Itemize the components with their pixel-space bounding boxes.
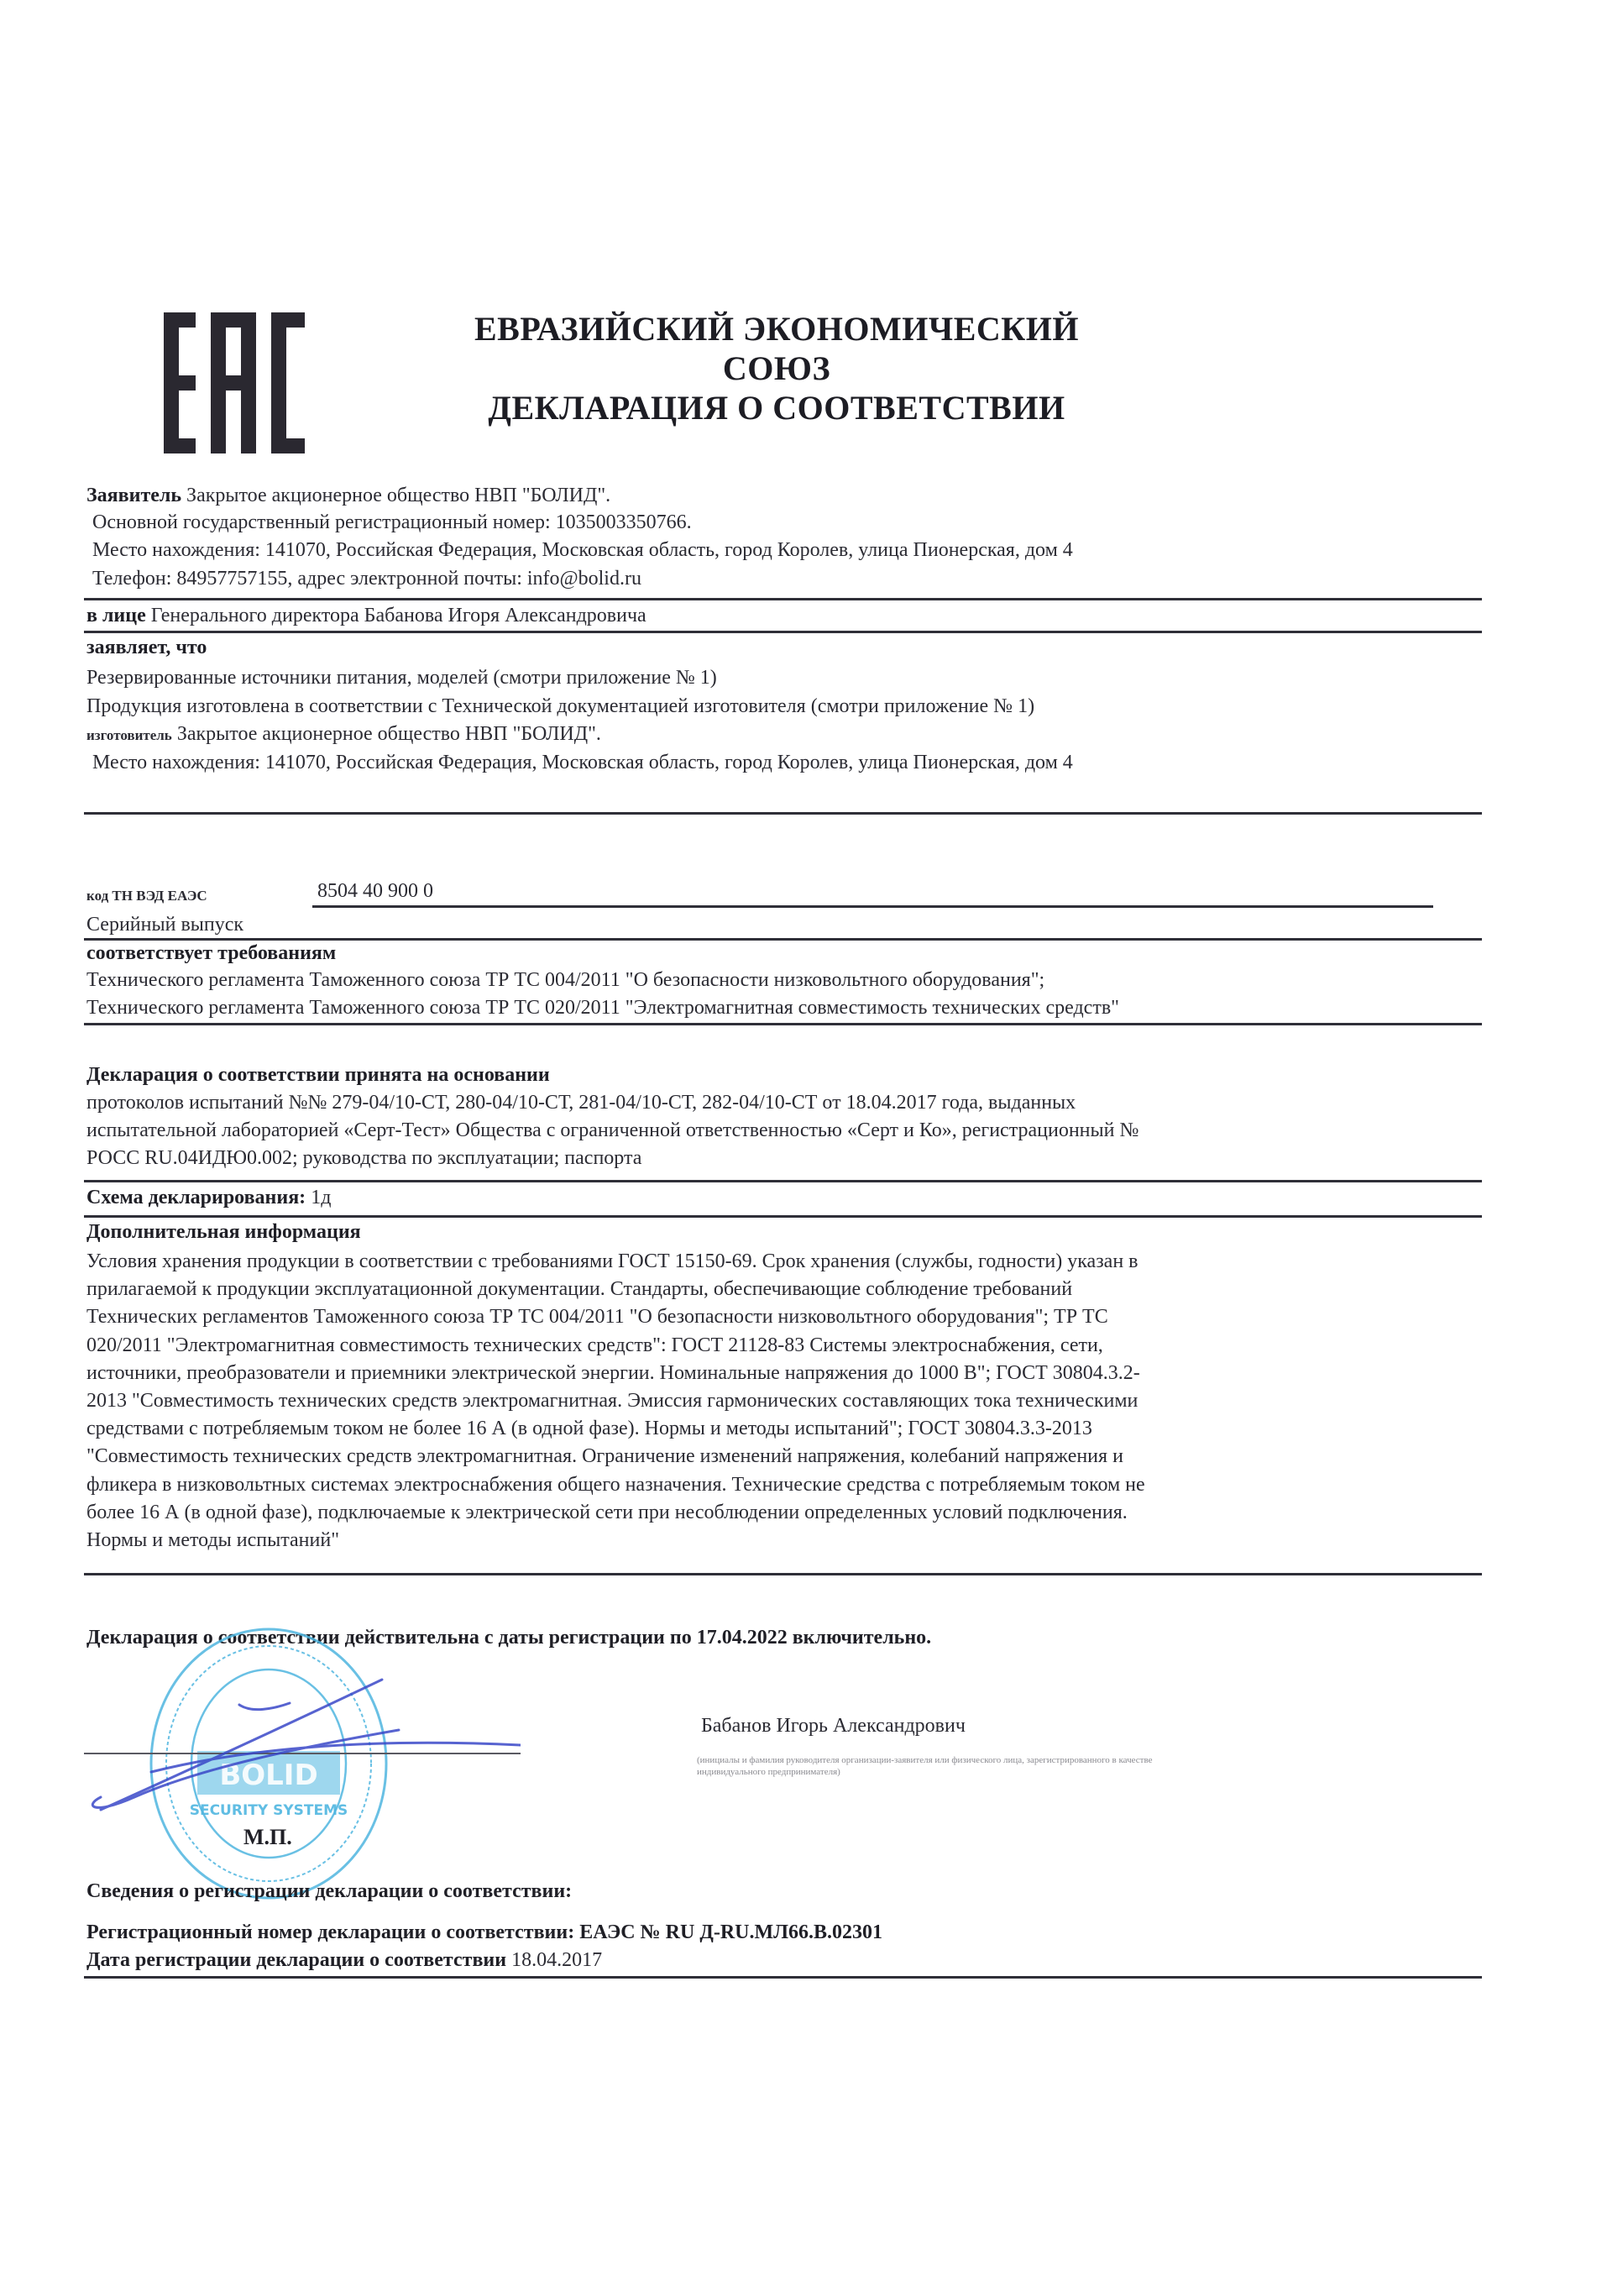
divider xyxy=(84,1976,1482,1979)
divider xyxy=(84,1023,1482,1025)
manufacturer-address: Место нахождения: 141070, Российская Фед… xyxy=(92,750,1073,775)
eac-logo-icon xyxy=(164,312,305,453)
registration-number-label: Регистрационный номер декларации о соотв… xyxy=(86,1921,574,1943)
title-line-2: СОЮЗ xyxy=(420,349,1133,388)
applicant-label: Заявитель xyxy=(86,485,181,506)
tn-ved-label: код ТН ВЭД ЕАЭС xyxy=(86,883,207,909)
basis-line: испытательной лабораторией «Серт-Тест» О… xyxy=(86,1118,1139,1143)
requirements-label: соответствует требованиям xyxy=(86,941,336,966)
manufacturer-name: Закрытое акционерное общество НВП "БОЛИД… xyxy=(177,723,601,745)
divider xyxy=(84,1573,1482,1575)
tn-ved-underline xyxy=(312,905,1433,908)
registration-number-value: ЕАЭС № RU Д-RU.МЛ66.В.02301 xyxy=(579,1921,882,1943)
requirement-item: Технического регламента Таможенного союз… xyxy=(86,995,1119,1020)
applicant-contacts: Телефон: 84957757155, адрес электронной … xyxy=(92,566,641,591)
additional-line: фликера в низковольтных системах электро… xyxy=(86,1472,1145,1497)
additional-line: средствами с потребляемым током не более… xyxy=(86,1416,1092,1441)
represented-by-line: в лице Генерального директора Бабанова И… xyxy=(86,603,646,628)
divider xyxy=(84,1215,1482,1218)
additional-line: 2013 "Совместимость технических средств … xyxy=(86,1388,1138,1413)
additional-line: источники, преобразователи и приемники э… xyxy=(86,1360,1140,1386)
scheme-line: Схема декларирования: 1д xyxy=(86,1185,331,1210)
basis-line: протоколов испытаний №№ 279-04/10-СТ, 28… xyxy=(86,1090,1076,1115)
divider xyxy=(84,598,1482,600)
registration-date-label: Дата регистрации декларации о соответств… xyxy=(86,1949,506,1971)
additional-label: Дополнительная информация xyxy=(86,1219,361,1245)
signer-caption-line: (инициалы и фамилия руководителя организ… xyxy=(697,1755,1153,1766)
manufactured-statement: Продукция изготовлена в соответствии с Т… xyxy=(86,694,1034,719)
scheme-label: Схема декларирования: xyxy=(86,1187,306,1208)
title-line-1: ЕВРАЗИЙСКИЙ ЭКОНОМИЧЕСКИЙ xyxy=(420,309,1133,349)
tn-ved-value: 8504 40 900 0 xyxy=(317,878,433,904)
additional-line: 020/2011 "Электромагнитная совместимость… xyxy=(86,1333,1103,1358)
additional-line: Условия хранения продукции в соответстви… xyxy=(86,1249,1139,1274)
declares-label: заявляет, что xyxy=(86,635,207,660)
title-line-3: ДЕКЛАРАЦИЯ О СООТВЕТСТВИИ xyxy=(420,388,1133,427)
manufacturer-line: изготовитель Закрытое акционерное общест… xyxy=(86,721,601,748)
additional-line: Нормы и методы испытаний" xyxy=(86,1528,339,1553)
basis-label: Декларация о соответствии принята на осн… xyxy=(86,1062,550,1088)
applicant-ogrn: Основной государственный регистрационный… xyxy=(92,510,692,535)
seal-mark: М.П. xyxy=(243,1825,292,1850)
signature-icon xyxy=(84,1671,521,1814)
divider xyxy=(84,812,1482,815)
product-description: Резервированные источники питания, модел… xyxy=(86,665,717,690)
signer-name: Бабанов Игорь Александрович xyxy=(701,1713,966,1738)
requirement-item: Технического регламента Таможенного союз… xyxy=(86,967,1044,993)
additional-line: Технических регламентов Таможенного союз… xyxy=(86,1304,1108,1329)
signer-caption-line: индивидуального предпринимателя) xyxy=(697,1767,840,1778)
additional-line: "Совместимость технических средств элект… xyxy=(86,1444,1123,1469)
registration-heading: Сведения о регистрации декларации о соот… xyxy=(86,1879,572,1904)
scheme-value: 1д xyxy=(311,1187,331,1208)
manufacturer-label: изготовитель xyxy=(86,727,172,743)
additional-line: более 16 А (в одной фазе), подключаемые … xyxy=(86,1500,1128,1525)
additional-line: прилагаемой к продукции эксплуатационной… xyxy=(86,1276,1072,1302)
represented-by-label: в лице xyxy=(86,605,146,626)
registration-date-line: Дата регистрации декларации о соответств… xyxy=(86,1947,602,1973)
represented-by-value: Генерального директора Бабанова Игоря Ал… xyxy=(151,605,646,626)
applicant-name: Закрытое акционерное общество НВП "БОЛИД… xyxy=(186,485,610,506)
basis-line: РОСС RU.04ИДЮ0.002; руководства по экспл… xyxy=(86,1145,641,1171)
applicant-address: Место нахождения: 141070, Российская Фед… xyxy=(92,537,1073,563)
registration-date-value: 18.04.2017 xyxy=(511,1949,602,1971)
release-type: Серийный выпуск xyxy=(86,912,243,937)
divider xyxy=(84,1180,1482,1182)
applicant-line: Заявитель Закрытое акционерное общество … xyxy=(86,483,610,508)
document-title: ЕВРАЗИЙСКИЙ ЭКОНОМИЧЕСКИЙ СОЮЗ ДЕКЛАРАЦИ… xyxy=(420,309,1133,427)
divider xyxy=(84,631,1482,633)
registration-number-line: Регистрационный номер декларации о соотв… xyxy=(86,1920,882,1945)
